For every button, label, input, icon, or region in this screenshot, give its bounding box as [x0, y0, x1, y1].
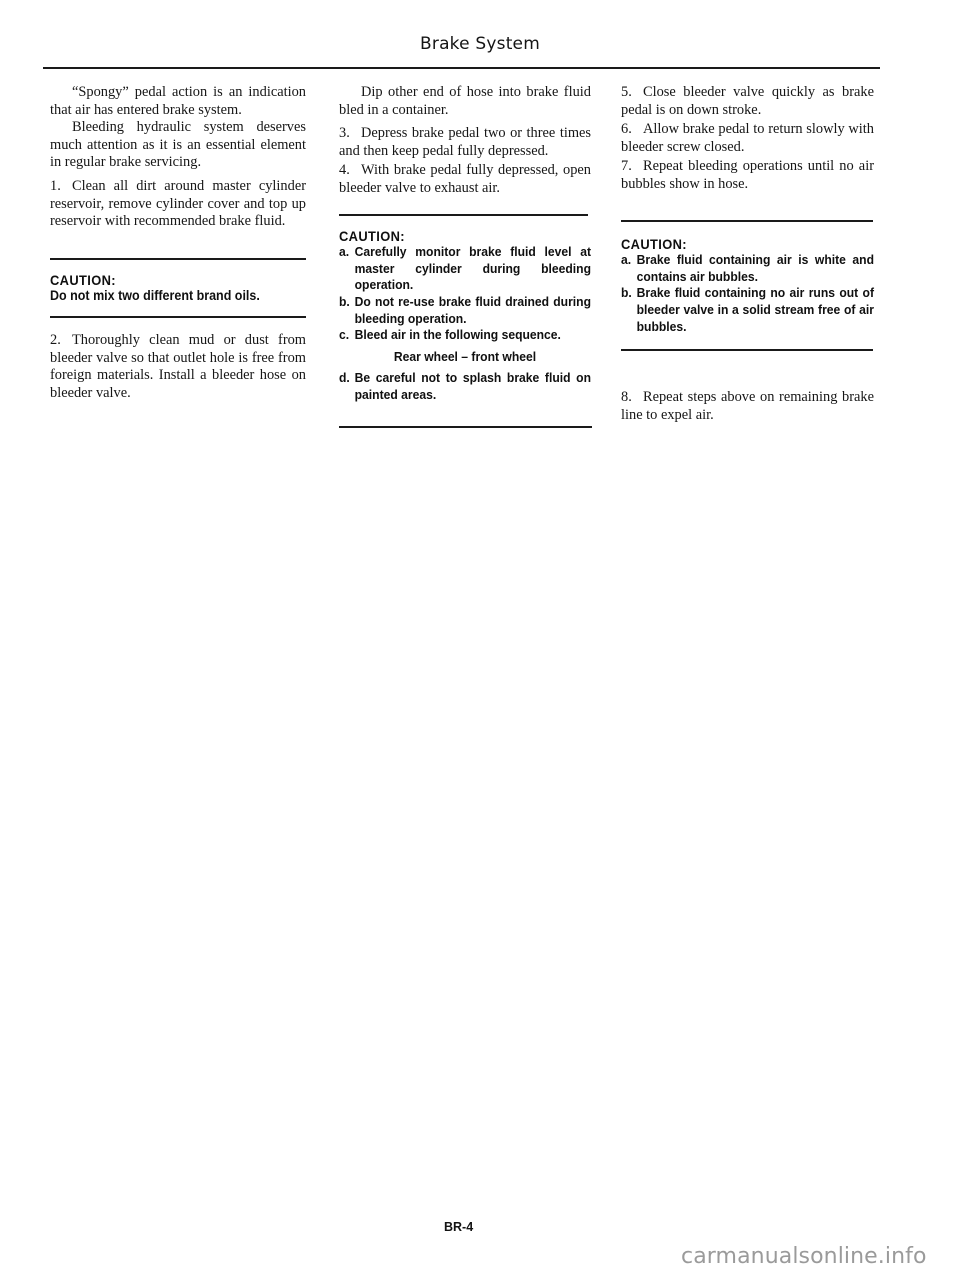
step-1-text: Clean all dirt around master cylinder re… [50, 178, 306, 229]
step-2-text: Thoroughly clean mud or dust from bleede… [50, 332, 306, 401]
step-2: 2.Thoroughly clean mud or dust from blee… [50, 332, 306, 402]
step-3: 3.Depress brake pedal two or three times… [339, 125, 591, 160]
caution-title: CAUTION: [50, 272, 306, 289]
caution-item-d: d.Be careful not to splash brake fluid o… [339, 370, 591, 403]
caution-item-label: b. [339, 294, 350, 311]
caution-box-left: CAUTION: Do not mix two different brand … [50, 272, 306, 305]
caution-item-a: a.Brake fluid containing air is white an… [621, 252, 874, 285]
caution-item-b: b.Do not re-use brake fluid drained duri… [339, 294, 591, 327]
step-5: 5.Close bleeder valve quickly as brake p… [621, 84, 874, 119]
step-7: 7.Repeat bleeding operations until no ai… [621, 158, 874, 193]
caution-list: a.Brake fluid containing air is white an… [621, 252, 874, 335]
step-8: 8.Repeat steps above on remaining brake … [621, 389, 874, 424]
step-2-number: 2. [50, 332, 72, 350]
caution-item-text: Brake fluid containing no air runs out o… [637, 285, 874, 333]
step-3-text: Depress brake pedal two or three times a… [339, 125, 591, 159]
step-6-number: 6. [621, 121, 643, 139]
caution-bottom-divider [621, 349, 873, 351]
step-7-text: Repeat bleeding operations until no air … [621, 158, 874, 192]
caution-box-middle: CAUTION: a.Carefully monitor brake fluid… [339, 228, 591, 404]
header-divider [43, 67, 880, 69]
continuation-paragraph: Dip other end of hose into brake fluid b… [339, 84, 591, 119]
caution-item-text: Do not re-use brake fluid drained during… [355, 294, 591, 326]
caution-top-divider [339, 214, 588, 216]
step-5-text: Close bleeder valve quickly as brake ped… [621, 84, 874, 118]
step-5-number: 5. [621, 84, 643, 102]
caution-title: CAUTION: [621, 236, 874, 253]
caution-item-text: Brake fluid containing air is white and … [637, 252, 874, 284]
caution-item-label: b. [621, 285, 632, 302]
caution-item-label: d. [339, 370, 350, 387]
caution-item-label: a. [621, 252, 631, 269]
step-1-number: 1. [50, 178, 72, 196]
left-column: “Spongy” pedal action is an indication t… [50, 84, 306, 402]
step-8-text: Repeat steps above on remaining brake li… [621, 389, 874, 423]
caution-item-text: Bleed air in the following sequence. [355, 327, 561, 342]
caution-top-divider [50, 258, 306, 260]
step-4-text: With brake pedal fully depressed, open b… [339, 162, 591, 196]
page-number: BR-4 [444, 1220, 473, 1234]
right-column: 5.Close bleeder valve quickly as brake p… [621, 84, 874, 424]
caution-list-continued: d.Be careful not to splash brake fluid o… [339, 370, 591, 403]
bleed-sequence: Rear wheel – front wheel [339, 349, 591, 366]
intro-paragraph-2: Bleeding hydraulic system deserves much … [50, 119, 306, 172]
caution-text: Do not mix two different brand oils. [50, 288, 306, 305]
caution-item-b: b.Brake fluid containing no air runs out… [621, 285, 874, 335]
watermark-link[interactable]: carmanualsonline.info [681, 1244, 927, 1269]
step-4: 4.With brake pedal fully depressed, open… [339, 162, 591, 197]
caution-list: a.Carefully monitor brake fluid level at… [339, 244, 591, 344]
caution-item-a: a.Carefully monitor brake fluid level at… [339, 244, 591, 294]
caution-bottom-divider [50, 316, 306, 318]
caution-bottom-divider [339, 426, 592, 428]
caution-title: CAUTION: [339, 228, 591, 245]
page-title: Brake System [0, 34, 960, 54]
caution-box-right: CAUTION: a.Brake fluid containing air is… [621, 236, 874, 336]
caution-item-text: Be careful not to splash brake fluid on … [355, 370, 591, 402]
caution-item-c: c.Bleed air in the following sequence. [339, 327, 591, 344]
step-3-number: 3. [339, 125, 361, 143]
step-6-text: Allow brake pedal to return slowly with … [621, 121, 874, 155]
middle-column: Dip other end of hose into brake fluid b… [339, 84, 591, 428]
intro-paragraph-1: “Spongy” pedal action is an indication t… [50, 84, 306, 119]
step-6: 6.Allow brake pedal to return slowly wit… [621, 121, 874, 156]
step-7-number: 7. [621, 158, 643, 176]
caution-item-label: a. [339, 244, 349, 261]
caution-item-label: c. [339, 327, 349, 344]
step-1: 1.Clean all dirt around master cylinder … [50, 178, 306, 231]
step-8-number: 8. [621, 389, 643, 407]
caution-item-text: Carefully monitor brake fluid level at m… [355, 244, 591, 292]
caution-top-divider [621, 220, 873, 222]
step-4-number: 4. [339, 162, 361, 180]
